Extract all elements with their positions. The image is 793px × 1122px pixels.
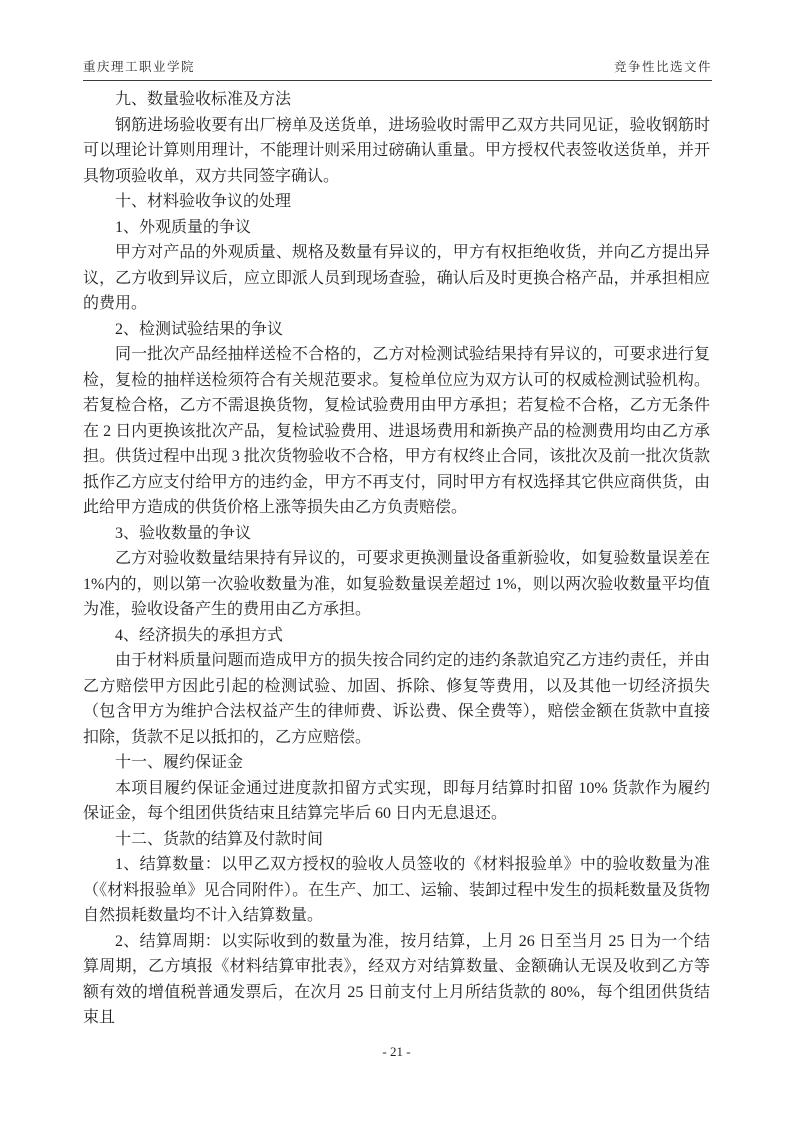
paragraph: 钢筋进场验收要有出厂榜单及送货单，进场验收时需甲乙双方共同见证，验收钢筋时可以理…	[83, 113, 710, 190]
paragraph: 同一批次产品经抽样送检不合格的，乙方对检测试验结果持有异议的，可要求进行复检，复…	[83, 342, 710, 521]
paragraph: 本项目履约保证金通过进度款扣留方式实现，即每月结算时扣留 10% 货款作为履约保…	[83, 776, 710, 827]
section-heading-10: 十、材料验收争议的处理	[83, 189, 710, 215]
paragraph: 乙方对验收数量结果持有异议的，可要求更换测量设备重新验收，如复验数量误差在1%内…	[83, 546, 710, 623]
header-organization-name: 重庆理工职业学院	[83, 57, 195, 75]
section-heading-11: 十一、履约保证金	[83, 750, 710, 776]
header-document-type: 竞争性比选文件	[614, 57, 712, 75]
document-body: 九、数量验收标准及方法 钢筋进场验收要有出厂榜单及送货单，进场验收时需甲乙双方共…	[83, 87, 710, 1031]
page-footer: - 21 -	[0, 1044, 793, 1060]
subsection-heading-3: 3、验收数量的争议	[83, 521, 710, 547]
paragraph: 2、结算周期：以实际收到的数量为准，按月结算，上月 26 日至当月 25 日为一…	[83, 929, 710, 1031]
page-header: 重庆理工职业学院 竞争性比选文件	[83, 57, 712, 81]
subsection-heading-1: 1、外观质量的争议	[83, 215, 710, 241]
section-heading-12: 十二、货款的结算及付款时间	[83, 827, 710, 853]
page-number: - 21 -	[382, 1044, 410, 1059]
paragraph: 1、结算数量：以甲乙双方授权的验收人员签收的《材料报验单》中的验收数量为准（《材…	[83, 852, 710, 929]
paragraph: 由于材料质量问题而造成甲方的损失按合同约定的违约条款追究乙方违约责任，并由乙方赔…	[83, 648, 710, 750]
subsection-heading-2: 2、检测试验结果的争议	[83, 317, 710, 343]
subsection-heading-4: 4、经济损失的承担方式	[83, 623, 710, 649]
paragraph: 甲方对产品的外观质量、规格及数量有异议的，甲方有权拒绝收货，并向乙方提出异议，乙…	[83, 240, 710, 317]
document-page: 重庆理工职业学院 竞争性比选文件 九、数量验收标准及方法 钢筋进场验收要有出厂榜…	[0, 0, 793, 1122]
section-heading-9: 九、数量验收标准及方法	[83, 87, 710, 113]
